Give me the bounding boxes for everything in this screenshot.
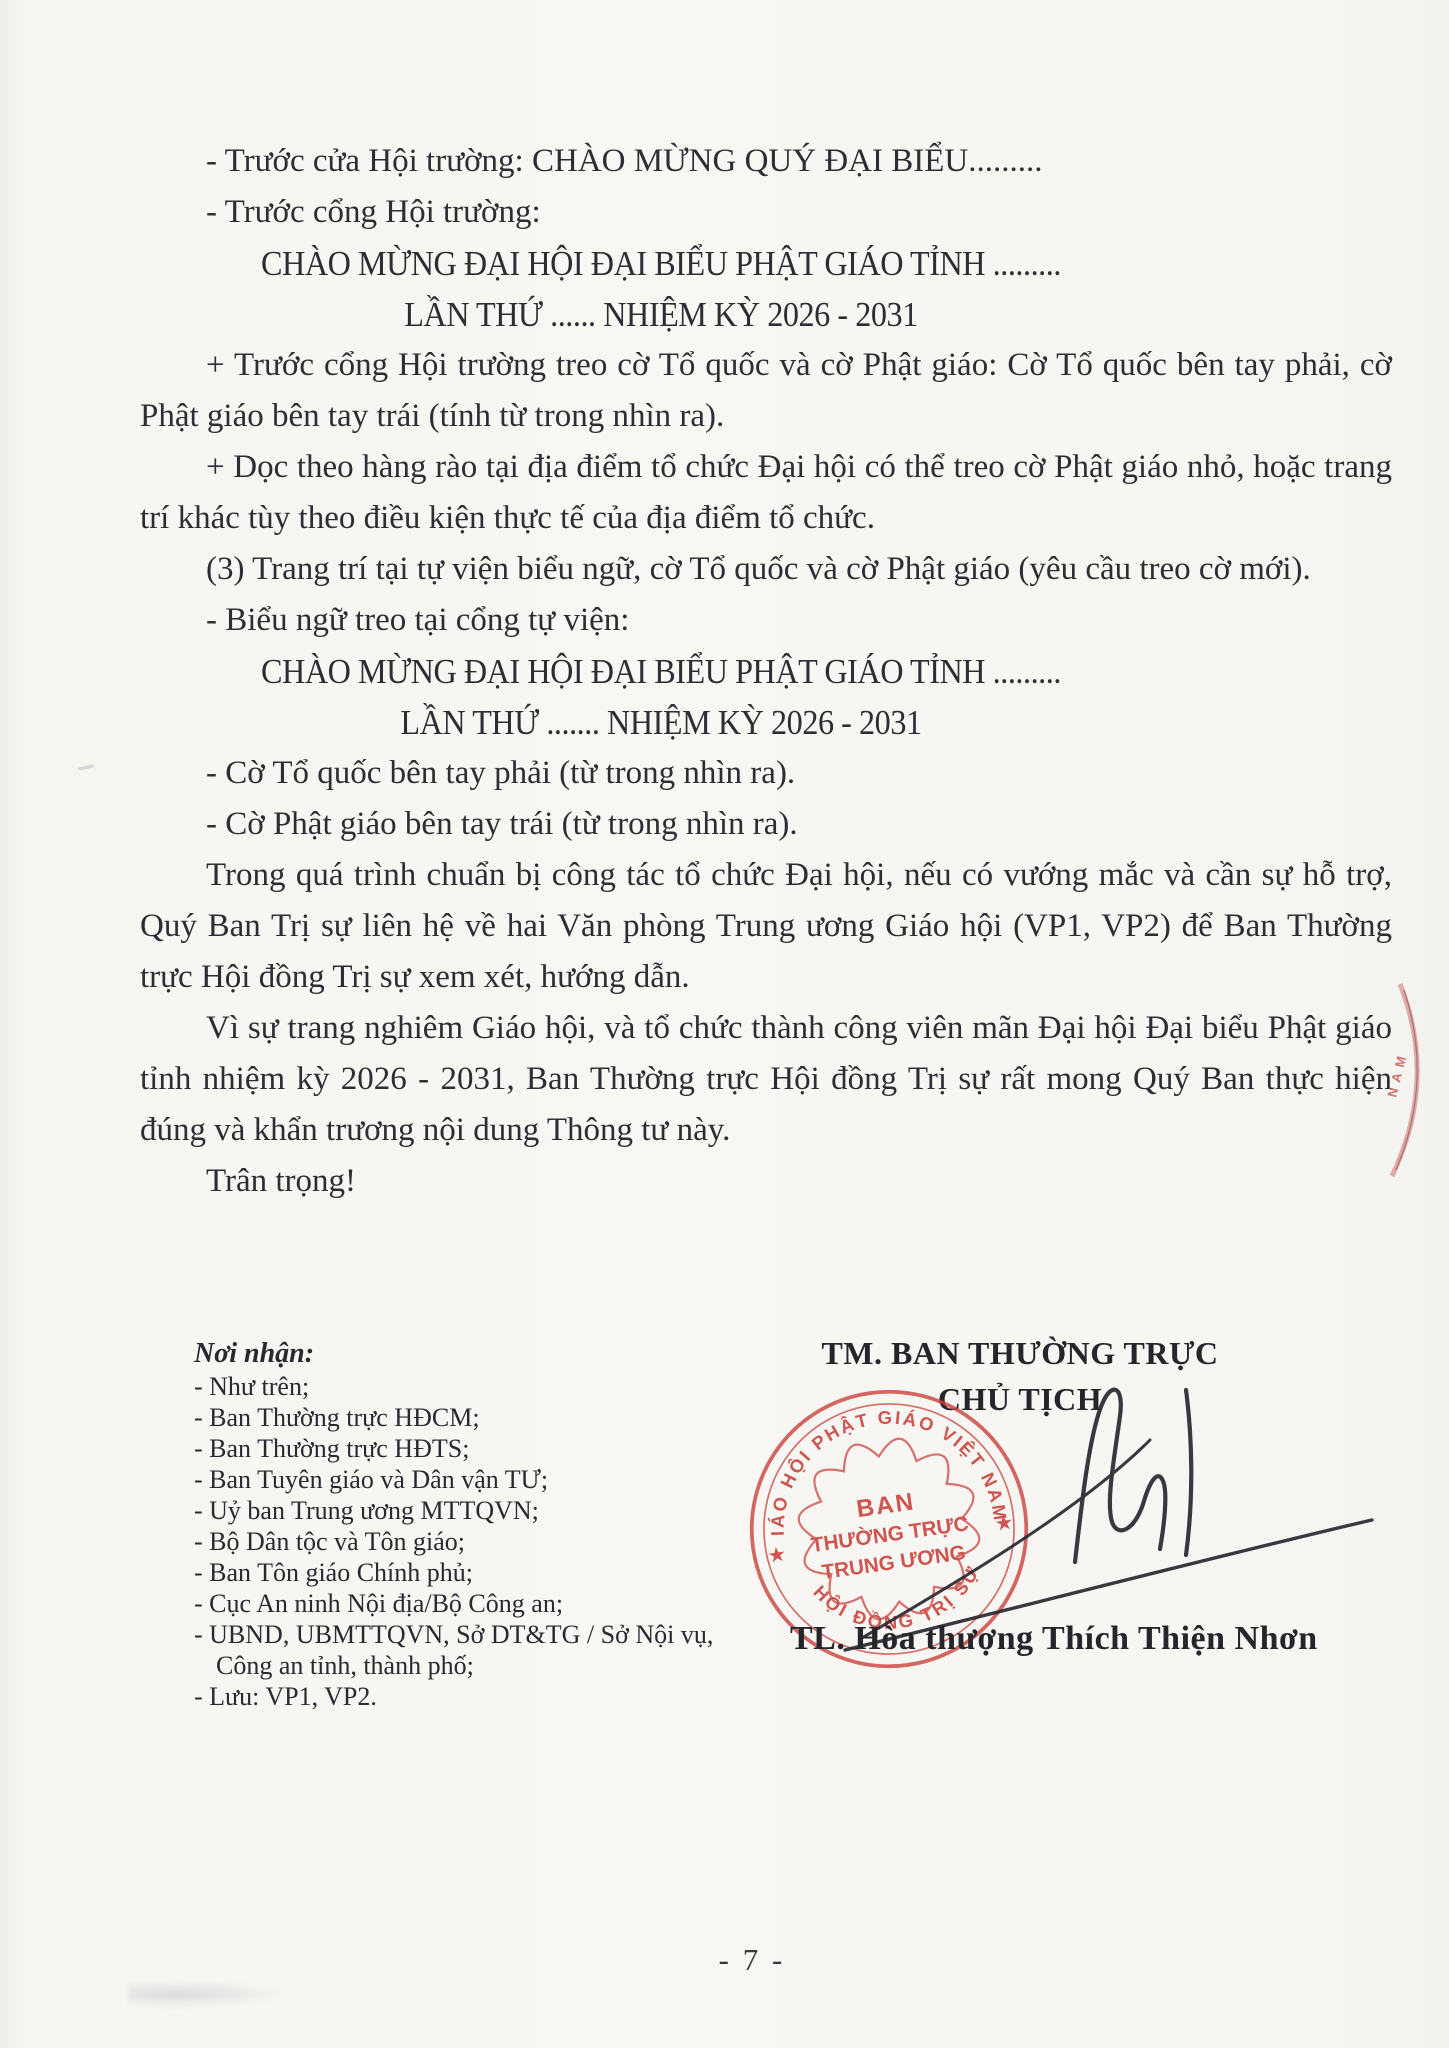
scan-artifact-smudge	[128, 1980, 288, 2008]
recipient-item: - Như trên;	[194, 1371, 714, 1402]
banner-heading: LẦN THỨ ...... NHIỆM KỲ 2026 - 2031	[182, 289, 1141, 340]
recipient-item: - Ban Thường trực HĐTS;	[194, 1433, 714, 1464]
recipient-item: - Lưu: VP1, VP2.	[194, 1681, 714, 1712]
paragraph: Trong quá trình chuẩn bị công tác tổ chứ…	[140, 850, 1392, 1003]
recipient-item: - Bộ Dân tộc và Tôn giáo;	[194, 1526, 714, 1557]
paragraph: - Biểu ngữ treo tại cổng tự viện:	[140, 595, 1392, 646]
page-number: - 7 -	[0, 1942, 1449, 1978]
scan-artifact-dash	[78, 764, 94, 770]
recipient-item: - Ban Tôn giáo Chính phủ;	[194, 1557, 714, 1588]
edge-stamp-text: NAM	[1386, 1049, 1410, 1099]
recipients-block: Nơi nhận: - Như trên; - Ban Thường trực …	[194, 1338, 714, 1712]
paragraph: + Trước cổng Hội trường treo cờ Tổ quốc …	[140, 340, 1392, 442]
banner-heading: CHÀO MỪNG ĐẠI HỘI ĐẠI BIỂU PHẬT GIÁO TỈN…	[182, 238, 1141, 289]
recipient-item: - UBND, UBMTTQVN, Sở DT&TG / Sở Nội vụ, …	[194, 1619, 714, 1681]
edge-stamp-artifact: NAM	[1386, 980, 1449, 1180]
recipient-item: - Uỷ ban Trung ương MTTQVN;	[194, 1495, 714, 1526]
paragraph: Vì sự trang nghiêm Giáo hội, và tổ chức …	[140, 1003, 1392, 1156]
paragraph: - Cờ Phật giáo bên tay trái (từ trong nh…	[140, 799, 1392, 850]
paragraph: + Dọc theo hàng rào tại địa điểm tổ chức…	[140, 442, 1392, 544]
paragraph: - Trước cổng Hội trường:	[140, 187, 1392, 238]
document-page: - Trước cửa Hội trường: CHÀO MỪNG QUÝ ĐẠ…	[0, 0, 1449, 2048]
paragraph: - Trước cửa Hội trường: CHÀO MỪNG QUÝ ĐẠ…	[140, 136, 1392, 187]
banner-heading: LẦN THỨ ....... NHIỆM KỲ 2026 - 2031	[182, 697, 1141, 748]
document-body: - Trước cửa Hội trường: CHÀO MỪNG QUÝ ĐẠ…	[140, 136, 1392, 1207]
signer-name: TL. Hòa thượng Thích Thiện Nhơn	[790, 1620, 1318, 1658]
recipient-item: - Ban Thường trực HĐCM;	[194, 1402, 714, 1433]
paragraph: (3) Trang trí tại tự viện biểu ngữ, cờ T…	[140, 544, 1392, 595]
banner-heading: CHÀO MỪNG ĐẠI HỘI ĐẠI BIỂU PHẬT GIÁO TỈN…	[182, 646, 1141, 697]
recipient-item: - Ban Tuyên giáo và Dân vận TƯ;	[194, 1464, 714, 1495]
recipient-item: - Cục An ninh Nội địa/Bộ Công an;	[194, 1588, 714, 1619]
paragraph: - Cờ Tổ quốc bên tay phải (từ trong nhìn…	[140, 748, 1392, 799]
recipients-title: Nơi nhận:	[194, 1338, 714, 1369]
closing-line: Trân trọng!	[140, 1156, 1392, 1207]
